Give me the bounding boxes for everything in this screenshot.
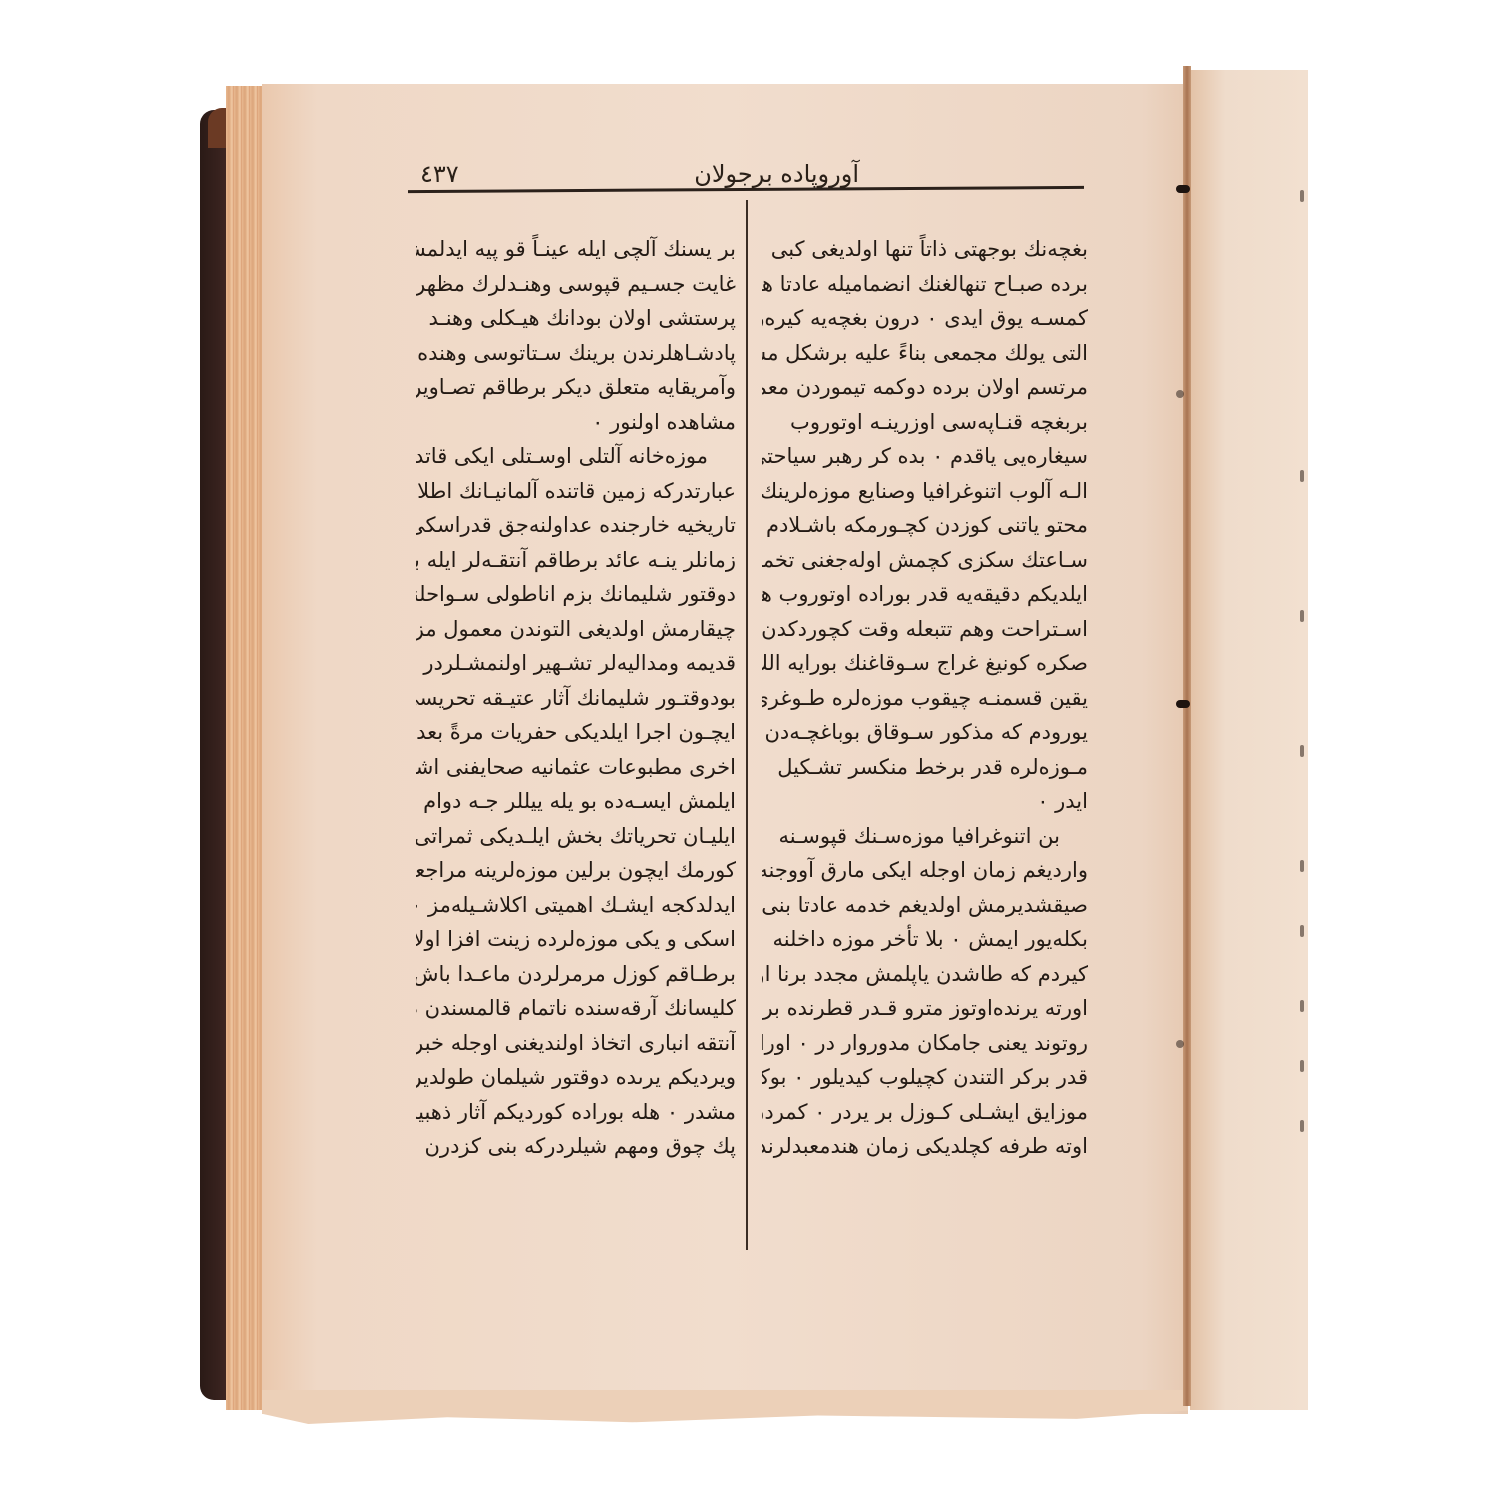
text-line: دوقتور شليمانك بزم اناطولى سـواحلندن — [416, 577, 736, 612]
text-line: اخرى مطبوعات عثمانيه صحايفنى اشـغال — [416, 750, 736, 785]
text-line: كليسانك آرقەسنده ناتمام قالمسندن طولايى — [416, 991, 736, 1026]
text-line: ايدر ٠ — [762, 784, 1088, 819]
text-line: برده صبـاح تنهالغنك انضماميله عادتا هيچ — [762, 267, 1088, 302]
text-line: مشاهده اولنور ٠ — [416, 405, 736, 440]
text-line: ويرديكم يرىده دوقتور شيلمان طولدير- — [416, 1060, 736, 1095]
text-line: موزەخانه آلتلى اوسـتلى ايكى قاتدن — [416, 439, 736, 474]
open-book-photo: آوروپاده برجولان ٤٣٧ بغچەنك بوجهتى ذاتاً… — [0, 0, 1500, 1500]
facing-page-text-fragment — [1300, 470, 1304, 482]
text-line: ايلمش ايسـەده بو يله ييللر جـه دوام — [416, 784, 736, 819]
text-line: التى يولك مجمعى بناءً عليه برشكل مسدسده — [762, 336, 1088, 371]
text-line: غايت جسـيم قپوسى وهنـدلرك مظهر — [416, 267, 736, 302]
facing-page-fragment — [1190, 70, 1308, 1410]
binding-stitch — [1176, 185, 1190, 193]
text-line: پادشـاهلرندن برينك سـتاتوسى وهنده — [416, 336, 736, 371]
right-text-column: بغچەنك بوجهتى ذاتاً تنها اولديغى كبىبرده… — [762, 232, 1088, 1164]
facing-page-text-fragment — [1300, 860, 1304, 872]
facing-page-text-fragment — [1300, 1060, 1304, 1072]
text-line: كورمك ايچون برلين موزەلرينه مراجعت — [416, 853, 736, 888]
text-line: صكره كونيغ غراج سـوقاغنك بورايه الك — [762, 646, 1088, 681]
facing-page-text-fragment — [1300, 610, 1304, 622]
facing-page-text-fragment — [1300, 1120, 1304, 1132]
text-line: بر يسنك آلچى ايله عينـاً قو پيه ايدلمش — [416, 232, 736, 267]
text-line: ايليـان تحرياتك بخش ايلـديكى ثمراتى — [416, 819, 736, 854]
text-line: ايدلدكجه ايشـك اهميتى اكلاشـيلەمز ٠ — [416, 888, 736, 923]
text-line: بن اتنوغرافيا موزەسـنك قپوسـنه — [762, 819, 1088, 854]
text-line: صيقشديرمش اولديغم خدمه عادتا بنى قپوده — [762, 888, 1088, 923]
text-line: مـوزەلره قدر برخط منكسر تشـكيل — [762, 750, 1088, 785]
binding-stitch — [1176, 700, 1190, 708]
text-line: بغچەنك بوجهتى ذاتاً تنها اولديغى كبى — [762, 232, 1088, 267]
text-line: يورودم كه مذكور سـوقاق بوباغچـەدن — [762, 715, 1088, 750]
page-number: ٤٣٧ — [420, 160, 459, 188]
text-line: پك چوق ومهم شيلردركه بنى كزدرن — [416, 1129, 736, 1164]
running-title: آوروپاده برجولان — [694, 160, 859, 188]
text-line: الـه آلوب اتنوغرافيا وصنايع موزەلرينك — [762, 474, 1088, 509]
text-line: قدر بركر التندن كچيلوب كيديلور ٠ بوكر — [762, 1060, 1088, 1095]
text-line: مرتسم اولان برده دوكمه تيموردن معمول — [762, 370, 1088, 405]
text-line: كمسـه يوق ايدى ٠ درون بغچەيە كيرەرك — [762, 301, 1088, 336]
text-line: سـاعتك سكزى كچمش اولەجغنى تخمين — [762, 543, 1088, 578]
text-line: بربغچه قنـاپەسى اوزرينـه اوتوروب — [762, 405, 1088, 440]
text-line: زمانلر ينـه عائد برطاقم آنتقـەلر ايله بر… — [416, 543, 736, 578]
deckled-bottom-edge — [262, 1390, 1188, 1424]
page-header: آوروپاده برجولان ٤٣٧ — [412, 160, 1084, 190]
book-gutter — [1183, 66, 1191, 1406]
text-line: پرستشى اولان بودانك هيـكلى وهنـد — [416, 301, 736, 336]
text-line: اسكى و يكى موزەلرده زينت افزا اولان — [416, 922, 736, 957]
column-divider — [746, 200, 748, 1250]
facing-page-text-fragment — [1300, 190, 1304, 202]
text-line: آنتقه انبارى اتخاذ اولنديغنى اوجله خبر — [416, 1026, 736, 1061]
facing-page-text-fragment — [1300, 925, 1304, 937]
text-line: مشدر ٠ هله بوراده كورديكم آثار ذهبيه — [416, 1095, 736, 1130]
text-line: برطـاقم كوزل مرمرلردن ماعـدا باش — [416, 957, 736, 992]
text-line: اسـتراحت وهم تتبعله وقت كچوردكدن — [762, 612, 1088, 647]
text-line: روتوند يعنى جامكان مدوروار در ٠ اورايه — [762, 1026, 1088, 1061]
text-line: تاريخيه خارجنده عداولنەجق قدراسكى — [416, 508, 736, 543]
text-line: سيغارەيى ياقدم ٠ بده كر رهبر سياحتىٔ ده — [762, 439, 1088, 474]
text-line: واردیغم زمان اوجله ايكى مارق آووجنه — [762, 853, 1088, 888]
text-line: بكلەيور ايمش ٠ بلا تأخر موزه داخلنه — [762, 922, 1088, 957]
text-line: قديمه ومداليەلر تشـهير اولنمشـلردر ٠ — [416, 646, 736, 681]
text-line: موزايق ايشـلى كـوزل بر يردر ٠ كمردن — [762, 1095, 1088, 1130]
text-line: اورته يرندەاوتوز مترو قـدر قطرنده بر — [762, 991, 1088, 1026]
text-line: چيقارمش اولديغى التوندن معمول مزينات — [416, 612, 736, 647]
binding-stitch — [1176, 390, 1184, 398]
left-text-column: بر يسنك آلچى ايله عينـاً قو پيه ايدلمشغا… — [416, 232, 736, 1164]
text-line: بودوقتـور شليمانك آثار عتيـقه تحريسى — [416, 681, 736, 716]
text-line: عبارتدركه زمين قاتنده آلمانيـانك اطلاعات — [416, 474, 736, 509]
facing-page-text-fragment — [1300, 1000, 1304, 1012]
facing-page-text-fragment — [1300, 745, 1304, 757]
text-line: يقين قسمنـه چيقوب موزەلره طـوغرى — [762, 681, 1088, 716]
text-line: كيردم كه طاشدن ياپلمش مجدد برنا اولوب — [762, 957, 1088, 992]
text-line: وآمريقايه متعلق ديكر برطاقم تصـاوير — [416, 370, 736, 405]
text-line: ايچـون اجرا ايلديكى حفريات مرةً بعد — [416, 715, 736, 750]
text-line: ايلديكم دقيقەيه قدر بوراده اوتوروب هم — [762, 577, 1088, 612]
binding-stitch — [1176, 1040, 1184, 1048]
text-line: اوته طرفه كچلديكى زمان هندمعبدلرندن — [762, 1129, 1088, 1164]
text-line: محتو ياتنى كوزدن كچـورمكه باشـلادم ٠ — [762, 508, 1088, 543]
